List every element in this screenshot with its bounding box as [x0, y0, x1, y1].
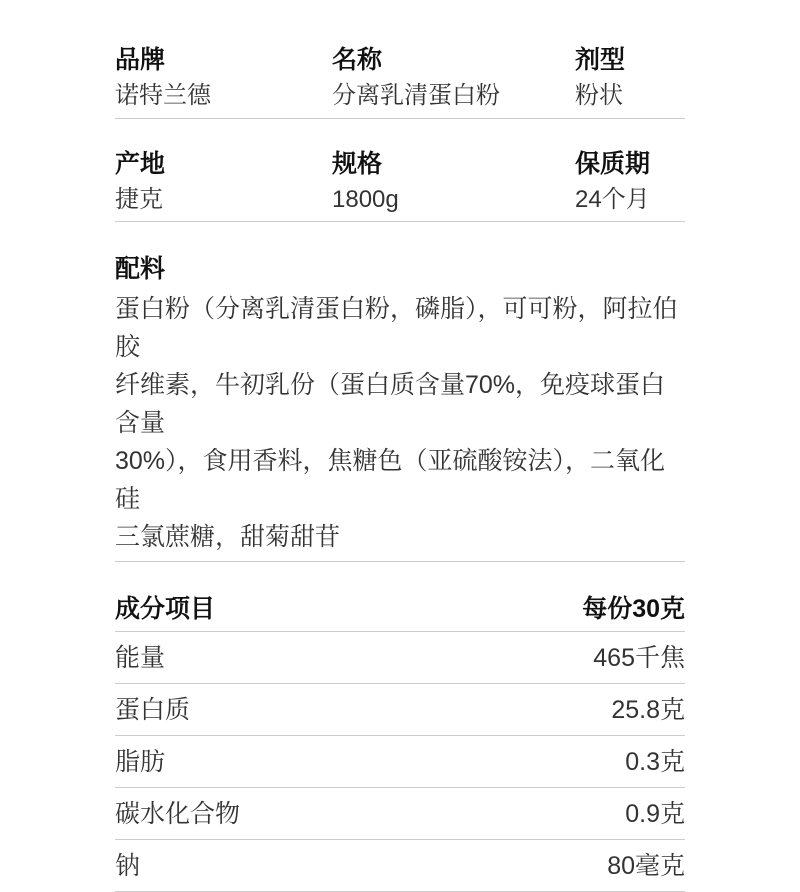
- ingredients-line: 三氯蔗糖，甜菊甜苷: [115, 518, 685, 556]
- info-cell-product-name: 名称 分离乳清蛋白粉: [332, 45, 575, 111]
- info-cell-origin: 产地 捷克: [115, 149, 332, 215]
- nutrition-table: 成分项目 每份30克 能量 465千焦 蛋白质 25.8克 脂肪 0.3克 碳水…: [115, 562, 685, 892]
- ingredients-line: 蛋白粉（分离乳清蛋白粉，磷脂），可可粉，阿拉伯胶: [115, 290, 685, 366]
- shelf-life-value: 24个月: [575, 185, 685, 215]
- product-name-value: 分离乳清蛋白粉: [332, 81, 575, 111]
- nutrient-value: 80毫克: [607, 853, 685, 879]
- info-row-brand-name-form: 品牌 诺特兰德 名称 分离乳清蛋白粉 剂型 粉状: [115, 45, 685, 119]
- ingredients-line: 30%），食用香料，焦糖色（亚硫酸铵法），二氧化硅: [115, 442, 685, 518]
- nutrient-name: 钠: [115, 853, 140, 879]
- info-cell-brand: 品牌 诺特兰德: [115, 45, 332, 111]
- ingredients-text: 蛋白粉（分离乳清蛋白粉，磷脂），可可粉，阿拉伯胶 纤维素，牛初乳份（蛋白质含量7…: [115, 290, 685, 556]
- nutrient-name: 脂肪: [115, 749, 165, 775]
- product-spec-sheet: 品牌 诺特兰德 名称 分离乳清蛋白粉 剂型 粉状 产地 捷克 规格 1800g …: [115, 0, 685, 892]
- nutrient-value: 25.8克: [611, 697, 685, 723]
- nutrient-name: 蛋白质: [115, 697, 190, 723]
- shelf-life-label: 保质期: [575, 149, 685, 179]
- table-row-sodium: 钠 80毫克: [115, 840, 685, 892]
- nutrient-name: 能量: [115, 645, 165, 671]
- ingredients-label: 配料: [115, 254, 685, 284]
- info-cell-shelf-life: 保质期 24个月: [575, 149, 685, 215]
- table-row-protein: 蛋白质 25.8克: [115, 684, 685, 736]
- form-label: 剂型: [575, 45, 685, 75]
- ingredients-line: 纤维素，牛初乳份（蛋白质含量70%，免疫球蛋白含量: [115, 366, 685, 442]
- nutrient-value: 465千焦: [593, 645, 685, 671]
- brand-value: 诺特兰德: [115, 81, 332, 111]
- table-row-fat: 脂肪 0.3克: [115, 736, 685, 788]
- nutrient-value: 0.9克: [625, 801, 685, 827]
- origin-value: 捷克: [115, 185, 332, 215]
- table-row-energy: 能量 465千焦: [115, 632, 685, 684]
- nutrition-table-header: 成分项目 每份30克: [115, 562, 685, 632]
- origin-label: 产地: [115, 149, 332, 179]
- spec-label: 规格: [332, 149, 575, 179]
- nutrition-serving-header: 每份30克: [582, 594, 685, 624]
- nutrition-item-header: 成分项目: [115, 594, 215, 624]
- table-row-carbohydrate: 碳水化合物 0.9克: [115, 788, 685, 840]
- form-value: 粉状: [575, 81, 685, 111]
- info-row-origin-spec-shelflife: 产地 捷克 规格 1800g 保质期 24个月: [115, 119, 685, 222]
- product-name-label: 名称: [332, 45, 575, 75]
- nutrient-value: 0.3克: [625, 749, 685, 775]
- spec-value: 1800g: [332, 185, 575, 215]
- brand-label: 品牌: [115, 45, 332, 75]
- ingredients-section: 配料 蛋白粉（分离乳清蛋白粉，磷脂），可可粉，阿拉伯胶 纤维素，牛初乳份（蛋白质…: [115, 222, 685, 562]
- info-cell-form: 剂型 粉状: [575, 45, 685, 111]
- nutrient-name: 碳水化合物: [115, 801, 240, 827]
- info-cell-spec: 规格 1800g: [332, 149, 575, 215]
